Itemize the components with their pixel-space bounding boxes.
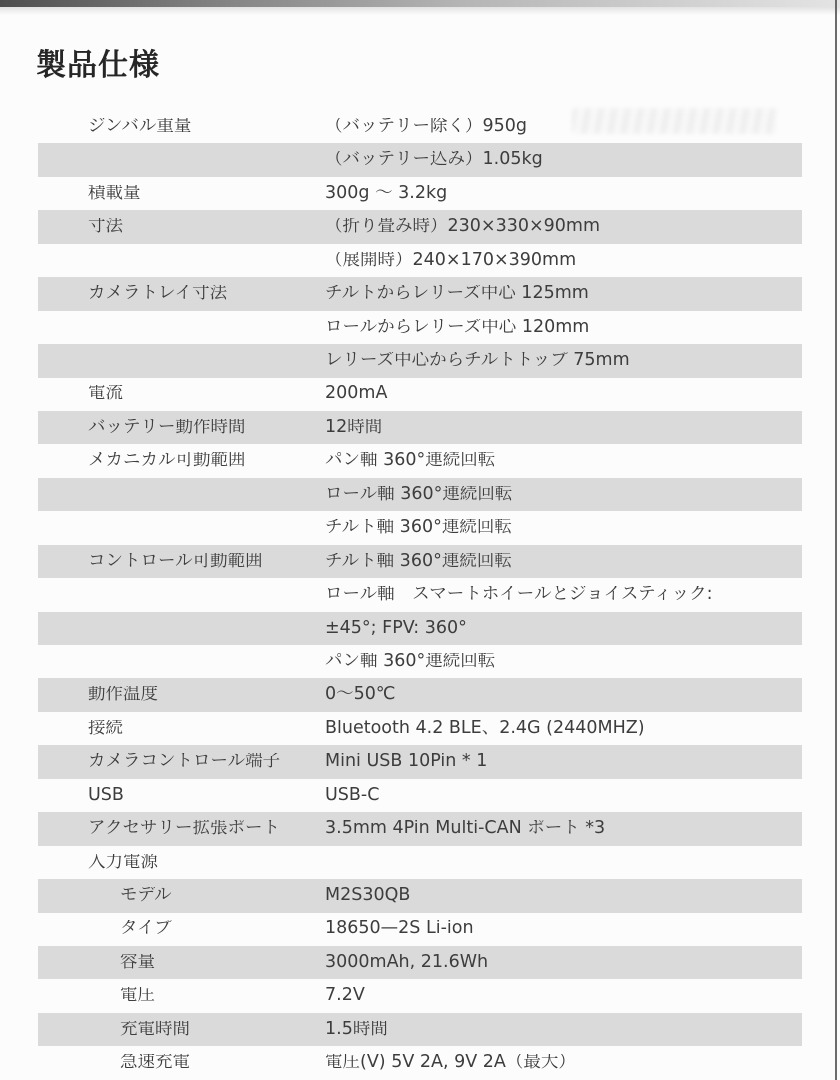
- spec-value: Bluetooth 4.2 BLE、2.4G (2440MHZ): [325, 720, 802, 738]
- spec-row: アクセサリー拡張ポート3.5mm 4Pin Multi-CAN ポート *3: [38, 812, 802, 845]
- spec-label: USB: [88, 787, 325, 805]
- spec-row: 急速充電電圧(V) 5V 2A, 9V 2A（最大）: [38, 1046, 802, 1079]
- spec-row: （バッテリー込み）1.05kg: [38, 143, 802, 176]
- spec-value: ロール軸 スマートホイールとジョイスティック:: [325, 586, 802, 604]
- spec-label: カメラトレイ寸法: [88, 285, 325, 303]
- spec-row: レリーズ中心からチルトトップ 75mm: [38, 344, 802, 377]
- spec-row: ロール軸 360°連続回転: [38, 478, 802, 511]
- spec-row: チルト軸 360°連続回転: [38, 511, 802, 544]
- spec-label: 充電時間: [120, 1021, 325, 1039]
- spec-value: パン軸 360°連続回転: [325, 653, 802, 671]
- spec-label: 電圧: [120, 987, 325, 1005]
- spec-label: 入力電源: [88, 854, 325, 872]
- spec-label: 電流: [88, 385, 325, 403]
- spec-value: 1.5時間: [325, 1021, 802, 1039]
- spec-row: タイプ18650—2S Li-ion: [38, 913, 802, 946]
- spec-value: 0～50℃: [325, 686, 802, 704]
- spec-value: 12時間: [325, 419, 802, 437]
- spec-label: 動作温度: [88, 686, 325, 704]
- page-top-edge: [0, 0, 840, 7]
- spec-label: バッテリー動作時間: [88, 419, 325, 437]
- spec-label: 急速充電: [120, 1054, 325, 1072]
- spec-value: チルト軸 360°連続回転: [325, 553, 802, 571]
- spec-table: ジンバル重量（バッテリー除く）950g（バッテリー込み）1.05kg積載量300…: [38, 110, 802, 1080]
- spec-row: 電圧7.2V: [38, 979, 802, 1012]
- spec-row: コントロール可動範囲チルト軸 360°連続回転: [38, 545, 802, 578]
- spec-value: （バッテリー込み）1.05kg: [325, 151, 802, 169]
- spec-value: ロールからレリーズ中心 120mm: [325, 319, 802, 337]
- spec-sheet: 製品仕様 ジンバル重量（バッテリー除く）950g（バッテリー込み）1.05kg積…: [0, 0, 840, 1080]
- spec-row: カメラコントロール端子Mini USB 10Pin * 1: [38, 745, 802, 778]
- spec-row: 積載量300g ～ 3.2kg: [38, 177, 802, 210]
- spec-value: チルト軸 360°連続回転: [325, 519, 802, 537]
- spec-value: チルトからレリーズ中心 125mm: [325, 285, 802, 303]
- spec-label: タイプ: [120, 920, 325, 938]
- spec-value: USB-C: [325, 787, 802, 805]
- spec-row: 入力電源: [38, 846, 802, 879]
- spec-row: ジンバル重量（バッテリー除く）950g: [38, 110, 802, 143]
- spec-value: ±45°; FPV: 360°: [325, 620, 802, 638]
- spec-label: 寸法: [88, 218, 325, 236]
- spec-label: 積載量: [88, 185, 325, 203]
- spec-row: モデルM2S30QB: [38, 879, 802, 912]
- spec-value: （バッテリー除く）950g: [325, 118, 802, 136]
- page-right-edge: [835, 0, 837, 1080]
- spec-value: 18650—2S Li-ion: [325, 920, 802, 938]
- spec-value: パン軸 360°連続回転: [325, 452, 802, 470]
- spec-value: M2S30QB: [325, 887, 802, 905]
- spec-value: （折り畳み時）230×330×90mm: [325, 218, 802, 236]
- spec-row: ロールからレリーズ中心 120mm: [38, 311, 802, 344]
- spec-label: コントロール可動範囲: [88, 553, 325, 571]
- spec-row: ロール軸 スマートホイールとジョイスティック:: [38, 578, 802, 611]
- spec-label: 接続: [88, 720, 325, 738]
- page-title: 製品仕様: [36, 40, 160, 84]
- spec-value: 300g ～ 3.2kg: [325, 185, 802, 203]
- spec-value: ロール軸 360°連続回転: [325, 486, 802, 504]
- spec-label: カメラコントロール端子: [88, 753, 325, 771]
- spec-label: メカニカル可動範囲: [88, 452, 325, 470]
- spec-row: メカニカル可動範囲パン軸 360°連続回転: [38, 444, 802, 477]
- spec-value: Mini USB 10Pin * 1: [325, 753, 802, 771]
- spec-value: 200mA: [325, 385, 802, 403]
- spec-row: 接続Bluetooth 4.2 BLE、2.4G (2440MHZ): [38, 712, 802, 745]
- spec-value: （展開時）240×170×390mm: [325, 252, 802, 270]
- spec-label: モデル: [120, 887, 325, 905]
- spec-row: ±45°; FPV: 360°: [38, 612, 802, 645]
- spec-value: 3000mAh, 21.6Wh: [325, 954, 802, 972]
- spec-value: 7.2V: [325, 987, 802, 1005]
- spec-value: レリーズ中心からチルトトップ 75mm: [325, 352, 802, 370]
- spec-row: 動作温度0～50℃: [38, 678, 802, 711]
- spec-row: USBUSB-C: [38, 779, 802, 812]
- spec-row: 容量3000mAh, 21.6Wh: [38, 946, 802, 979]
- spec-row: カメラトレイ寸法チルトからレリーズ中心 125mm: [38, 277, 802, 310]
- spec-label: 容量: [120, 954, 325, 972]
- spec-row: バッテリー動作時間12時間: [38, 411, 802, 444]
- spec-row: 寸法（折り畳み時）230×330×90mm: [38, 210, 802, 243]
- spec-row: 充電時間1.5時間: [38, 1013, 802, 1046]
- spec-row: パン軸 360°連続回転: [38, 645, 802, 678]
- spec-row: （展開時）240×170×390mm: [38, 244, 802, 277]
- spec-label: ジンバル重量: [88, 118, 325, 136]
- spec-row: 電流200mA: [38, 378, 802, 411]
- spec-label: アクセサリー拡張ポート: [88, 820, 325, 838]
- spec-value: 3.5mm 4Pin Multi-CAN ポート *3: [325, 820, 802, 838]
- spec-value: 電圧(V) 5V 2A, 9V 2A（最大）: [325, 1054, 802, 1072]
